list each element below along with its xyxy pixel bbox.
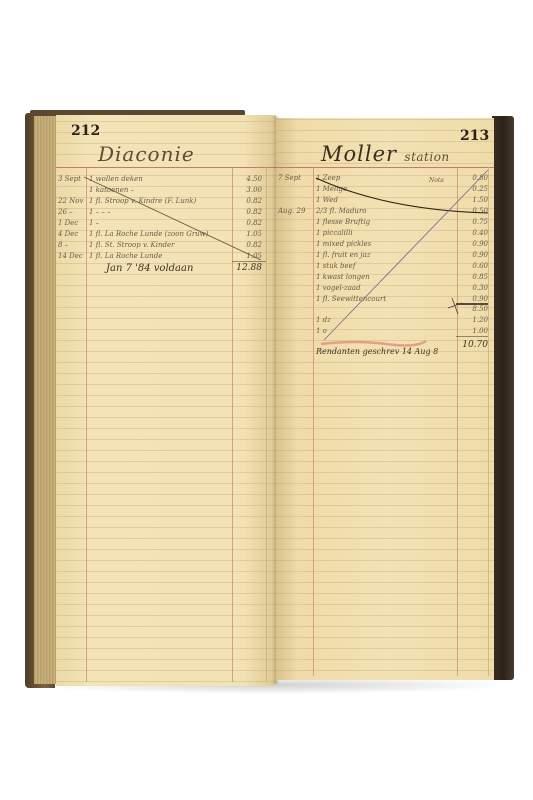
right-cover <box>492 116 514 680</box>
account-title: Moller station <box>321 142 450 166</box>
account-title: Diaconie <box>98 142 195 166</box>
entry-amount: 0.60 <box>454 261 488 272</box>
entry-amount: 1.05 <box>228 229 262 240</box>
subtotal: 8.50 <box>454 304 488 315</box>
account-subtitle: station <box>404 150 449 164</box>
entry-description: 1 fl. St. Stroop v. Kinder <box>89 240 174 251</box>
entry-description: 1 Melige <box>316 184 347 195</box>
entry-amount: 0.75 <box>454 217 488 228</box>
entry-description: 1 stuk beef <box>316 261 355 272</box>
entry-description: 1 Wed <box>316 195 338 206</box>
entry-description: 1 fl. fruit en jaz <box>316 250 370 261</box>
entry-description: 1 vogel-zaad <box>316 283 361 294</box>
entry-amount: 0.82 <box>228 218 262 229</box>
entry-description: 1 fl. La Roche Lunde <box>89 251 162 262</box>
entry-date: 14 Dec <box>58 251 83 262</box>
right-page: 213 Moller station Nota 7 Sept 1 Zeep 0.… <box>276 118 494 680</box>
entry-description: 1 – <box>89 218 99 229</box>
total-rule <box>456 336 488 337</box>
amount-column-right-rule <box>488 167 489 676</box>
date-column-rule <box>86 167 87 682</box>
extra-entry-description: 1 dz <box>316 315 331 326</box>
account-name: Moller <box>321 142 397 166</box>
entry-amount: 0.30 <box>454 283 488 294</box>
amount-column-right-rule <box>266 167 267 682</box>
column-note: Nota <box>429 175 444 186</box>
entry-date: 22 Nov <box>58 196 83 207</box>
entry-description: 1 katoenen – <box>89 185 134 196</box>
page-total: 10.70 <box>454 340 488 351</box>
extra-entry-description: 1 o <box>316 326 327 337</box>
entry-amount: 0.82 <box>228 196 262 207</box>
ledger-book: 212 Diaconie 3 Sept 1 wollen deken 4.50 … <box>0 0 533 800</box>
date-column-rule <box>313 167 314 676</box>
left-page: 212 Diaconie 3 Sept 1 wollen deken 4.50 … <box>56 115 276 686</box>
entry-amount: 0.80 <box>454 173 488 184</box>
entry-description: 1 kwast longen <box>316 272 370 283</box>
entry-description: 1 – – – <box>89 207 111 218</box>
header-rule <box>276 167 494 168</box>
entry-date: 4 Dec <box>58 229 78 240</box>
entry-date: 7 Sept <box>278 173 301 184</box>
entry-description: 1 Zeep <box>316 173 340 184</box>
entry-date: 1 Dec <box>58 218 78 229</box>
entry-description: 1 fl. Seewittencourt <box>316 294 386 305</box>
entry-amount: 0.90 <box>454 250 488 261</box>
entry-amount: 0.40 <box>454 228 488 239</box>
settlement-note: Rendanten geschrev 14 Aug 8 <box>316 346 438 357</box>
page-edges <box>34 116 56 684</box>
entry-amount: 1.50 <box>454 195 488 206</box>
page-number: 213 <box>460 128 489 144</box>
entry-date: 3 Sept <box>58 174 81 185</box>
entry-description: 1 fl. La Roche Lunde (zoon Gruw) <box>89 229 208 240</box>
page-number: 212 <box>71 123 100 139</box>
extra-entry-amount: 1.20 <box>454 315 488 326</box>
page-total: 12.88 <box>228 263 262 274</box>
entry-date: Aug. 29 <box>278 206 305 217</box>
entry-amount: 0.82 <box>228 207 262 218</box>
entry-date: 8 – <box>58 240 68 251</box>
settlement-note: Jan 7 '84 voldaan <box>106 263 193 274</box>
entry-amount: 4.50 <box>228 174 262 185</box>
sum-rule <box>232 261 266 262</box>
entry-amount: 0.90 <box>454 239 488 250</box>
entry-amount: 3.00 <box>228 185 262 196</box>
header-rule <box>56 167 276 168</box>
entry-description: 1 fl. Stroop v. Kindre (F. Lunk) <box>89 196 196 207</box>
entry-date: 26 – <box>58 207 73 218</box>
entry-amount: 0.25 <box>454 184 488 195</box>
entry-description: 1 mixed pickles <box>316 239 371 250</box>
entry-description: 1 wollen deken <box>89 174 143 185</box>
entry-amount: 0.85 <box>454 272 488 283</box>
entry-amount: 0.82 <box>228 240 262 251</box>
entry-description: 1 piccalilli <box>316 228 353 239</box>
entry-amount: 0.50 <box>454 206 488 217</box>
entry-description: 2/3 fl. Maduro <box>316 206 367 217</box>
entry-description: 1 flesse Bruftig <box>316 217 370 228</box>
